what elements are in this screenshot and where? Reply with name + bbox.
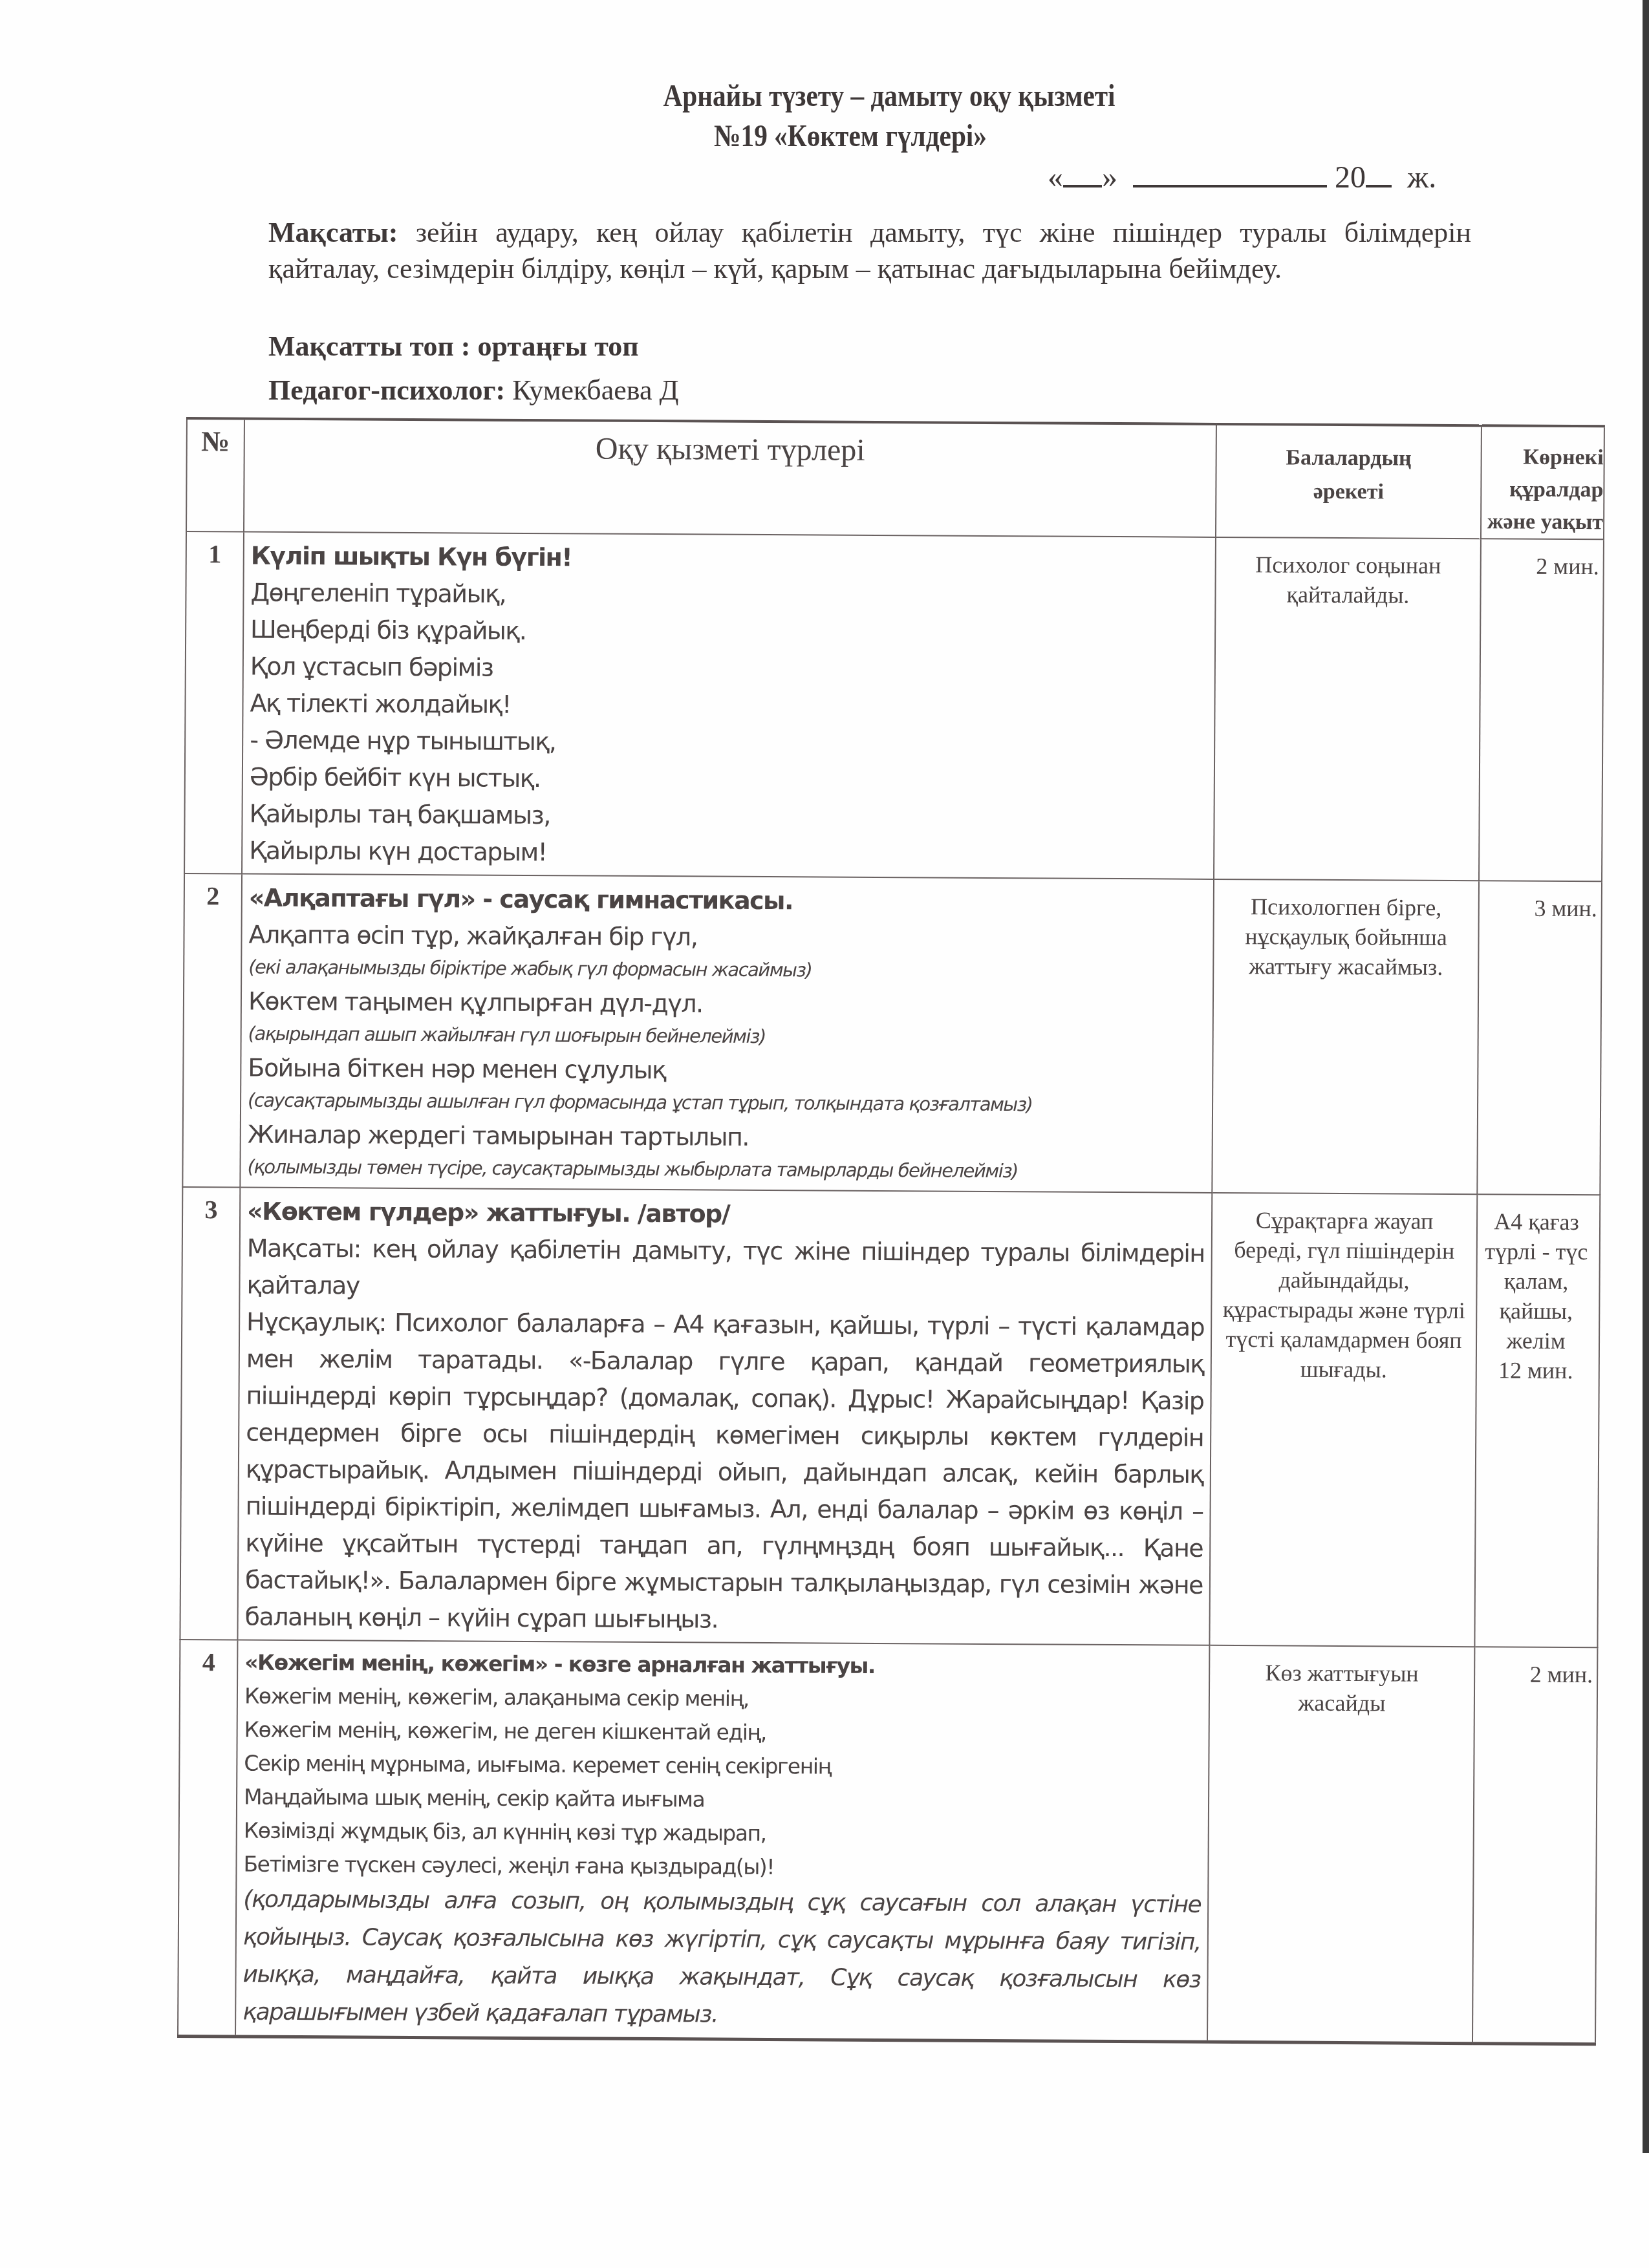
activity-cell: Күліп шықты Күн бүгін! Дөңгеленіп тұрайы… [242,531,1216,879]
date-year-suffix: ж. [1407,160,1436,195]
poem-line: Дөңгеленіп тұрайық, [250,575,1208,617]
teacher: Педагог-психолог: Кумекбаева Д [268,374,679,407]
poem-line: Көжегім менің, көжегім, алақаныма секір … [244,1680,1202,1718]
poem-line: Маңдайыма шық менің, секір қайта иығыма [244,1781,1202,1819]
row-number: 2 [182,873,242,1187]
activity-title: «Алқаптағы гүл» - саусақ гимнастикасы. [249,880,1207,922]
date-year-blank [1366,155,1392,187]
scanner-edge-strip [1643,0,1649,2153]
table-row: 2 «Алқаптағы гүл» - саусақ гимнастикасы.… [182,873,1602,1195]
header-visual-aids: Көрнекі құралдар және уақыт [1481,425,1604,539]
poem-line: Шеңберді біз құрайық. [250,612,1208,654]
header-num: № [186,418,244,531]
poem-line: Көзімізді жұмдық біз, ал күннің көзі тұр… [244,1814,1202,1853]
visual-time-cell: А4 қағаз түрлі - түс қалам, қайшы, желім… [1474,1194,1600,1647]
activity-cell: «Көжегім менің, көжегім» - көзге арналға… [235,1640,1209,2042]
visual-time-cell: 2 мин. [1479,539,1604,881]
visual-time-cell: 2 мин. [1472,1647,1597,2044]
movement-hint: (екі алақанымызды біріктіре жабық гүл фо… [248,954,1206,986]
poem-line: Қайырлы күн достарым! [249,833,1207,875]
lesson-goal: Мақсаты: зейін аудару, кең ойлау қабілет… [268,215,1471,287]
goal-text: зейін аудару, кең ойлау қабілетін дамыту… [268,217,1471,284]
activity-cell: «Көктем гүлдер» жаттығуы. /автор/ Мақсат… [237,1187,1212,1645]
date-close-quote: » [1102,160,1117,195]
poem-line: Алқапта өсіп тұр, жайқалған бір гүл, [248,917,1206,959]
exercise-goal: Мақсаты: кең ойлау қабілетін дамыту, түс… [246,1230,1205,1309]
target-group-value: ортаңғы топ [477,330,638,362]
table-row: 4 «Көжегім менің, көжегім» - көзге арнал… [178,1640,1597,2044]
date-line: «» 20 ж. [1048,155,1436,195]
date-year-prefix: 20 [1335,160,1366,195]
poem-line: Көктем таңымен құлпырған дүл-дүл. [248,983,1206,1025]
table-row: 3 «Көктем гүлдер» жаттығуы. /автор/ Мақс… [180,1187,1600,1647]
target-group-label: Мақсатты топ : [268,330,470,362]
header-children-action-l1: Балалардың [1286,445,1412,470]
poem-line: Қол ұстасып бәріміз [250,648,1208,690]
poem-line: Әрбір бейбіт күн ыстық. [250,759,1207,801]
activity-cell: «Алқаптағы гүл» - саусақ гимнастикасы. А… [240,873,1214,1192]
visual-time-cell: 3 мин. [1477,881,1602,1195]
date-day-blank [1063,155,1102,187]
header-children-action-l2: әрекеті [1313,480,1384,504]
movement-hint: (саусақтарымызды ашылған гүл формасында … [248,1087,1205,1119]
date-open-quote: « [1048,160,1063,195]
row-number: 3 [180,1187,240,1640]
activity-title: «Көжегім менің, көжегім» - көзге арналға… [244,1646,1202,1685]
poem-line: Көжегім менің, көжегім, не деген кішкент… [244,1713,1202,1752]
table-row: 1 Күліп шықты Күн бүгін! Дөңгеленіп тұра… [184,531,1604,881]
document-title: Арнайы түзету – дамыту оқу қызметі [180,76,1599,116]
children-action-cell: Психологпен бірге, нұсқаулық бойынша жат… [1212,879,1479,1194]
poem-line: Жиналар жердегі тамырынан тартылып. [248,1117,1205,1159]
target-group: Мақсатты топ : ортаңғы топ [268,330,639,363]
date-month-blank [1133,155,1327,187]
lesson-plan-table: № Оқу қызметі түрлері Балалардың әрекеті… [177,417,1605,2046]
movement-hint: (қолымызды төмен түсіре, саусақтарымызды… [247,1153,1205,1186]
table-header-row: № Оқу қызметі түрлері Балалардың әрекеті… [186,418,1604,539]
activity-title: «Көктем гүлдер» жаттығуы. /автор/ [247,1193,1205,1236]
movement-hint: (ақырындап ашып жайылған гүл шоғырын бей… [248,1020,1206,1053]
header-visual-l2: құралдар [1509,477,1603,502]
header-children-action: Балалардың әрекеті [1216,424,1482,539]
goal-label: Мақсаты: [268,217,398,248]
row-number: 4 [178,1640,237,2037]
movement-note: (қолдарымызды алға созып, оң қолымыздың … [242,1881,1201,2037]
poem-line: - Әлемде нұр тыныштық, [250,722,1207,764]
lesson-title: №19 «Көктем гүлдері» [142,116,1560,156]
poem-line: Секір менің мұрныма, иығыма. керемет сен… [244,1747,1202,1786]
header-visual-l1: Көрнекі [1523,445,1603,470]
row-number: 1 [184,531,244,873]
poem-line: Қайырлы таң бақшамыз, [249,796,1207,838]
children-action-cell: Психолог соңынан қайталайды. [1214,537,1481,881]
children-action-cell: Көз жаттығуын жасайды [1207,1645,1474,2044]
exercise-instruction: Нұсқаулық: Психолог балаларға – А4 қағаз… [244,1304,1204,1641]
children-action-cell: Сұрақтарға жауап береді, гүл пішіндерін … [1209,1193,1477,1647]
header-activity-types: Оқу қызметі түрлері [244,419,1216,537]
poem-line: Ақ тілекті жолдайық! [250,685,1207,727]
activity-title: Күліп шықты Күн бүгін! [251,538,1209,580]
poem-line: Бетімізге түскен сәулесі, жеңіл ғана қыз… [243,1848,1201,1887]
teacher-name: Кумекбаева Д [512,374,678,406]
teacher-label: Педагог-психолог: [268,374,505,406]
header-visual-l3: және уақыт [1487,509,1604,534]
poem-line: Бойына біткен нәр менен сұлулық [248,1050,1205,1092]
